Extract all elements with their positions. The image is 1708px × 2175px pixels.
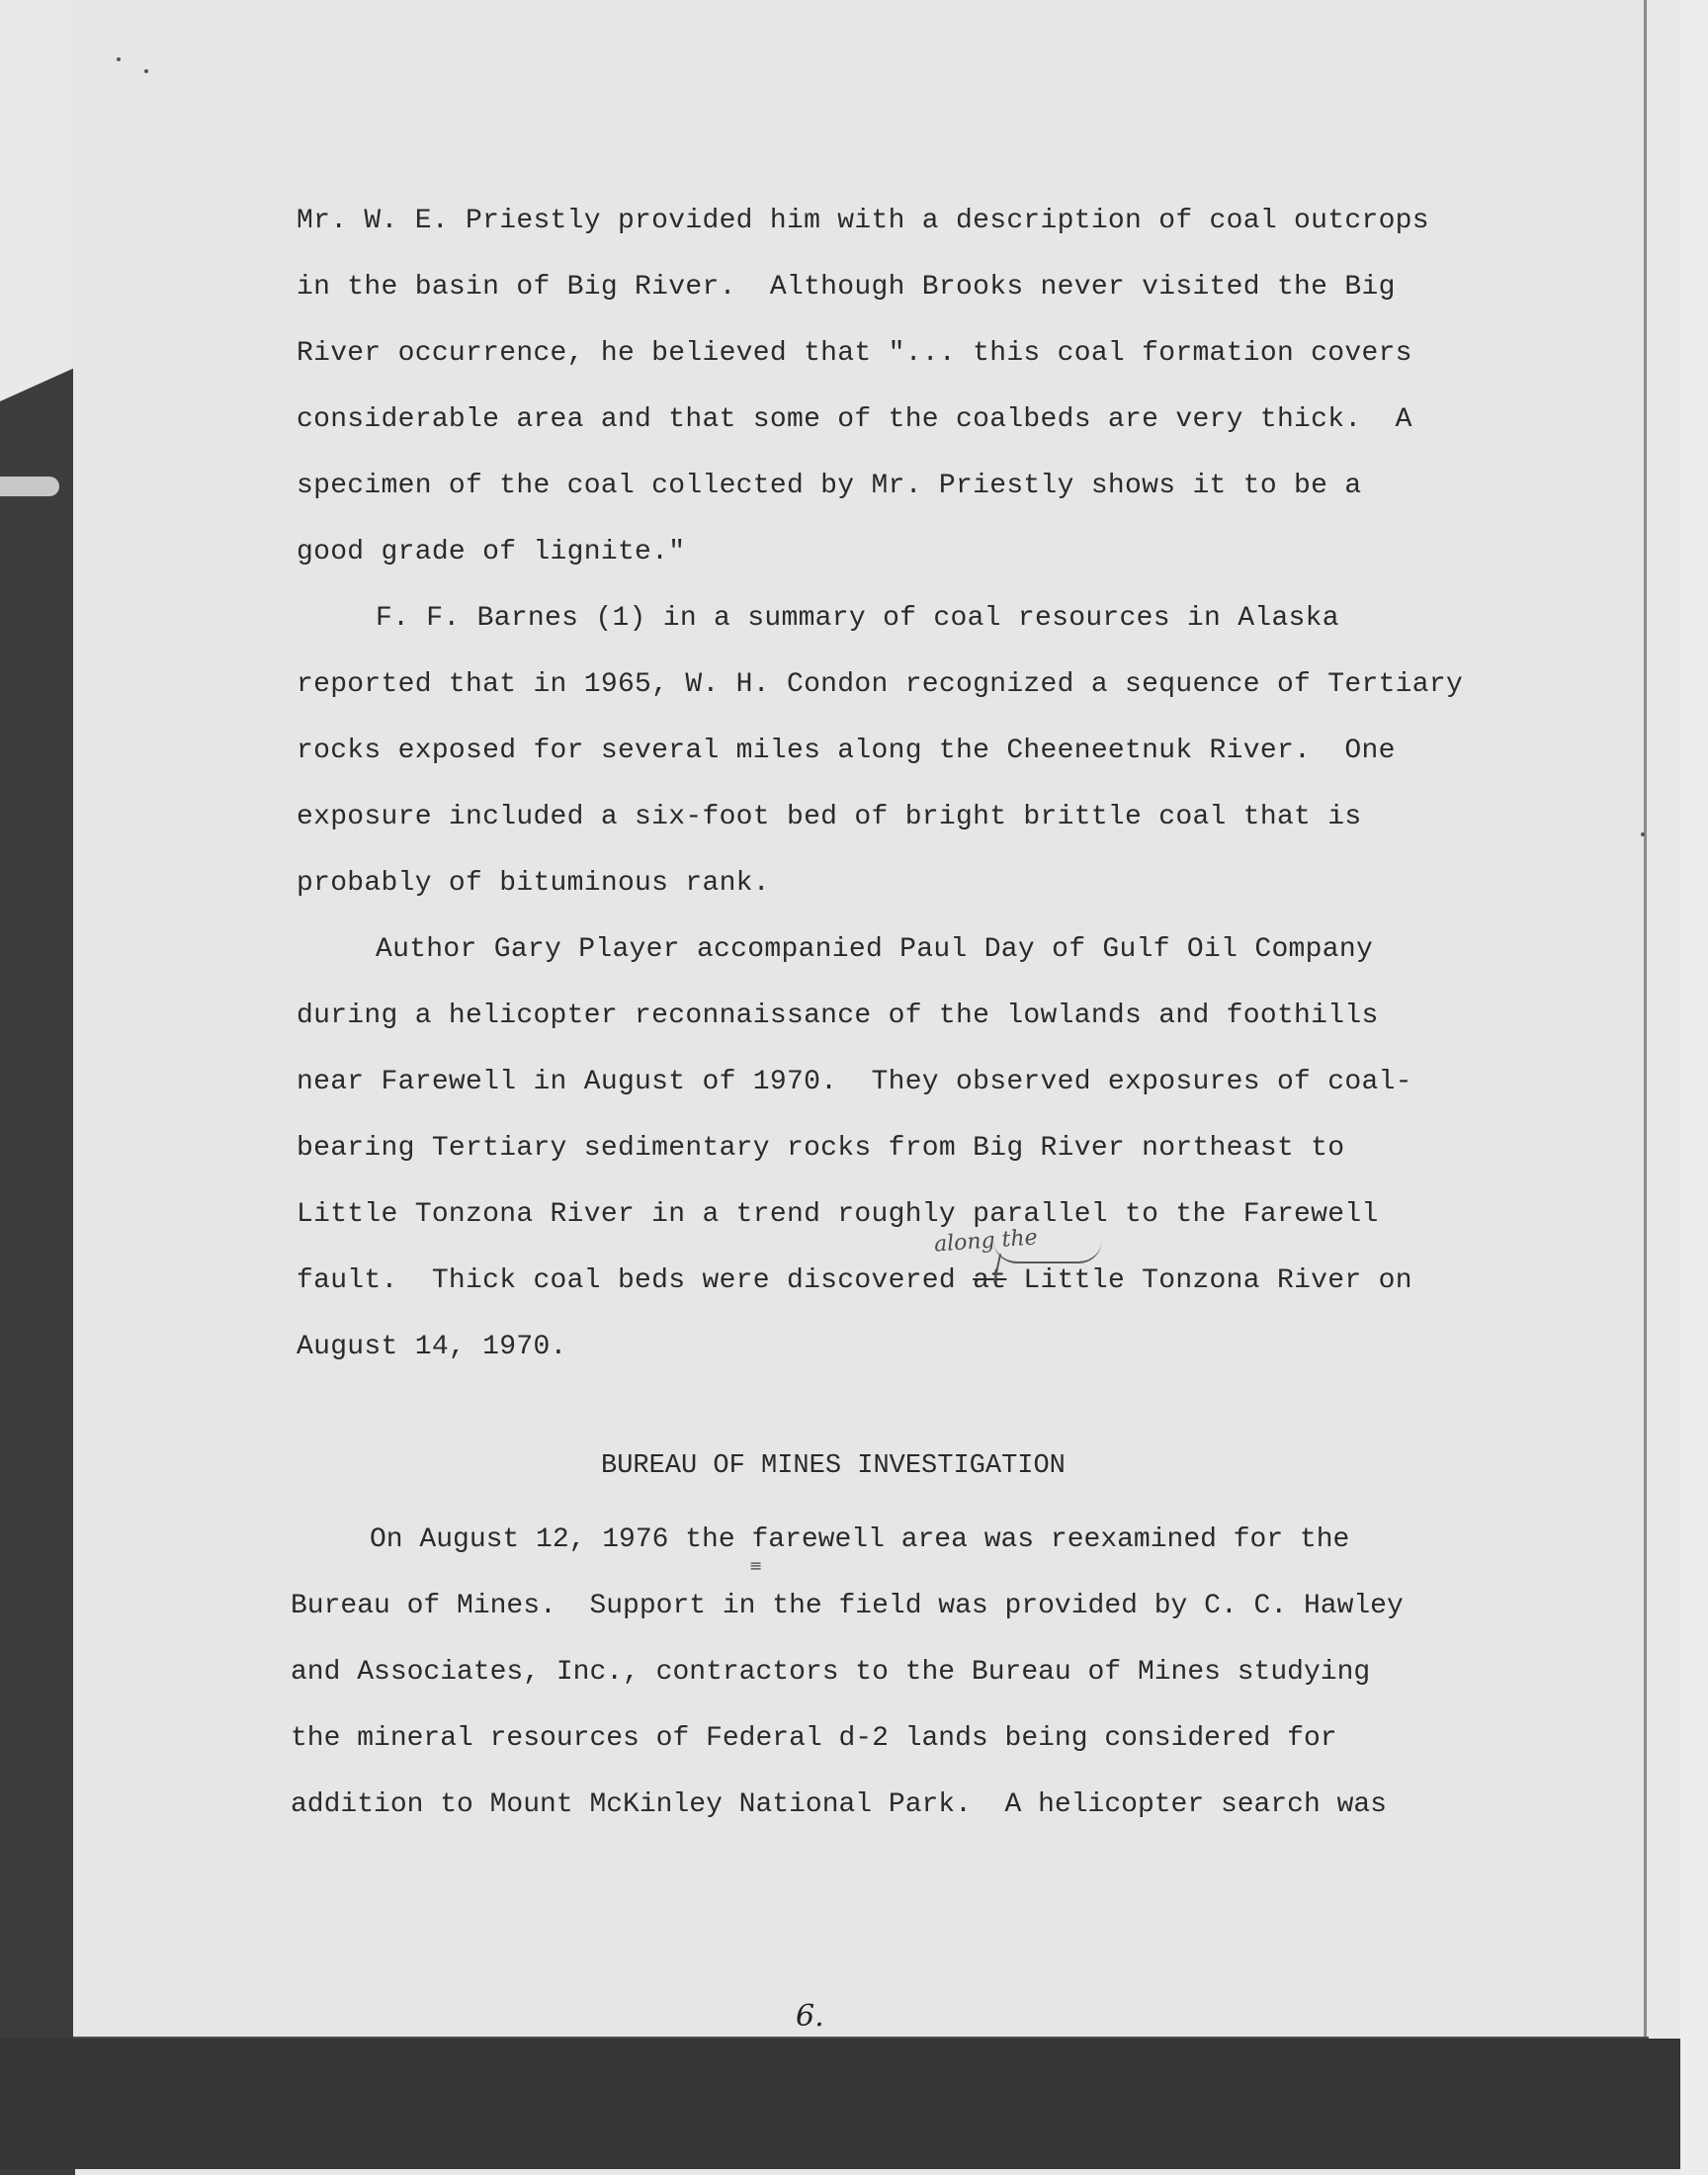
annotation-insert-curve	[993, 1240, 1102, 1263]
page-number: 6.	[796, 1999, 824, 2034]
text-line: On August 12, 1976 the farewell area was…	[291, 1507, 1477, 1573]
text-line: considerable area and that some of the c…	[297, 387, 1483, 453]
body-text: Mr. W. E. Priestly provided him with a d…	[297, 188, 1483, 1380]
text-line: during a helicopter reconnaissance of th…	[297, 983, 1483, 1049]
text-line: good grade of lignite."	[297, 519, 1483, 585]
paragraph-4: On August 12, 1976 the farewell area was…	[291, 1507, 1477, 1838]
text-line: addition to Mount McKinley National Park…	[291, 1772, 1477, 1838]
page-bottom-edge	[73, 2037, 1649, 2039]
text-line: and Associates, Inc., contractors to the…	[291, 1639, 1477, 1705]
text-line: Little Tonzona River in a trend roughly …	[297, 1181, 1483, 1248]
text-line: rocks exposed for several miles along th…	[297, 718, 1483, 784]
paragraph-1: Mr. W. E. Priestly provided him with a d…	[297, 188, 1483, 585]
scan-margin-right	[1680, 0, 1708, 2175]
text-line: specimen of the coal collected by Mr. Pr…	[297, 453, 1483, 519]
text-line: Mr. W. E. Priestly provided him with a d…	[297, 188, 1483, 254]
text-line: bearing Tertiary sedimentary rocks from …	[297, 1115, 1483, 1181]
text-line-with-correction: fault. Thick coal beds were discovered a…	[297, 1248, 1483, 1314]
scan-speck	[144, 69, 148, 73]
text-line: F. F. Barnes (1) in a summary of coal re…	[297, 585, 1483, 652]
page-edge-line	[1644, 0, 1647, 2037]
scan-background-left	[0, 366, 75, 2175]
section-heading: BUREAU OF MINES INVESTIGATION	[601, 1451, 1066, 1481]
text-line: August 14, 1970.	[297, 1314, 1483, 1380]
scan-background-object	[0, 477, 59, 496]
text-line: reported that in 1965, W. H. Condon reco…	[297, 652, 1483, 718]
text-segment: Little Tonzona River on	[1006, 1265, 1411, 1296]
text-line: River occurrence, he believed that "... …	[297, 320, 1483, 387]
paragraph-3: Author Gary Player accompanied Paul Day …	[297, 916, 1483, 1380]
scan-speck	[1641, 832, 1645, 836]
text-line: the mineral resources of Federal d-2 lan…	[291, 1705, 1477, 1772]
text-line: near Farewell in August of 1970. They ob…	[297, 1049, 1483, 1115]
text-line: in the basin of Big River. Although Broo…	[297, 254, 1483, 320]
capitalization-mark: ≡	[749, 1556, 762, 1575]
text-segment: fault. Thick coal beds were discovered	[297, 1265, 973, 1296]
text-line: Bureau of Mines. Support in the field wa…	[291, 1573, 1477, 1639]
text-line: Author Gary Player accompanied Paul Day …	[297, 916, 1483, 983]
text-line: probably of bituminous rank.	[297, 850, 1483, 916]
text-line: exposure included a six-foot bed of brig…	[297, 784, 1483, 850]
scan-background-corner	[0, 366, 79, 401]
paragraph-2: F. F. Barnes (1) in a summary of coal re…	[297, 585, 1483, 916]
struck-word: at	[973, 1265, 1006, 1296]
scan-speck	[117, 57, 121, 61]
scan-background-bottom	[0, 2039, 1680, 2169]
